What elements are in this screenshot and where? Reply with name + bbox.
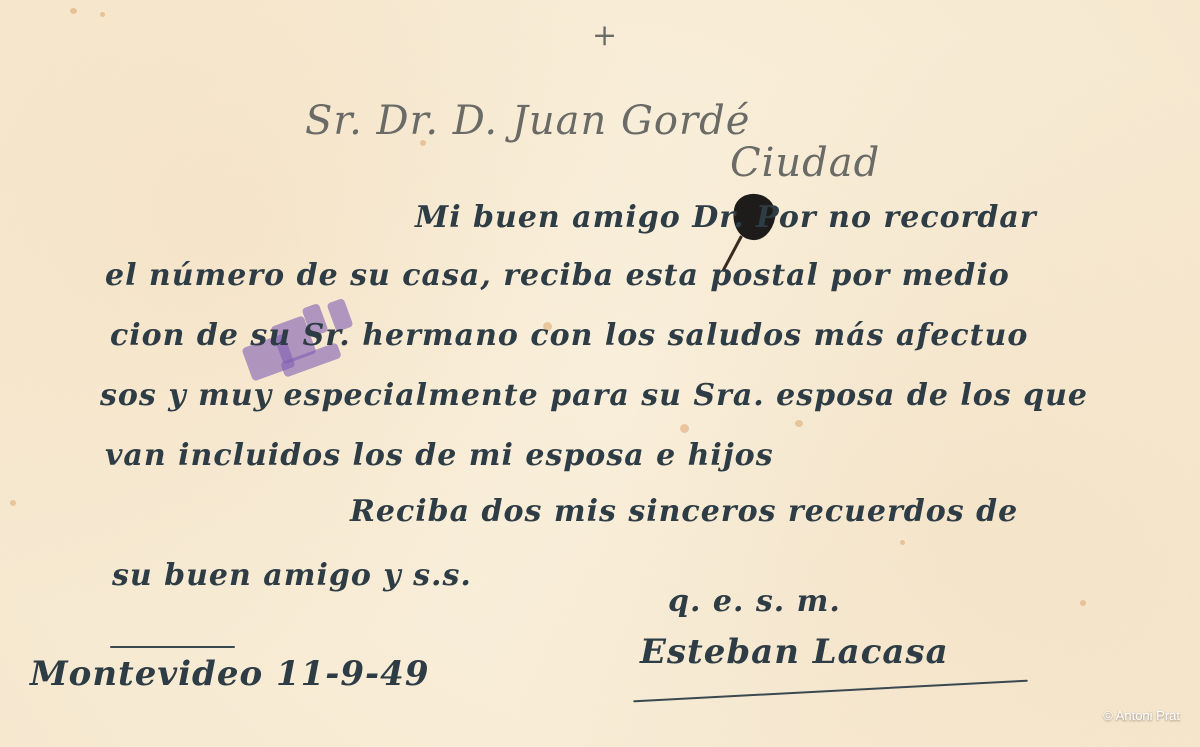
foxing-spot xyxy=(795,420,803,427)
addressee-city: Ciudad xyxy=(730,140,880,186)
foxing-spot xyxy=(10,500,16,506)
salutation-abbrev: q. e. s. m. xyxy=(668,584,841,619)
body-line-1: Mi buen amigo Dr. Por no recordar xyxy=(415,200,1037,235)
foxing-spot xyxy=(900,540,905,545)
addressee-line: Sr. Dr. D. Juan Gordé xyxy=(305,98,750,144)
body-line-3: cion de su Sr. hermano con los saludos m… xyxy=(110,318,1028,353)
closing-line-1: Reciba dos mis sinceros recuerdos de xyxy=(350,494,1018,529)
body-line-4: sos y muy especialmente para su Sra. esp… xyxy=(100,378,1088,413)
foxing-spot xyxy=(680,424,689,433)
cross-mark: + xyxy=(592,18,618,53)
body-line-2: el número de su casa, reciba esta postal… xyxy=(105,258,1010,293)
place-date: Montevideo 11-9-49 xyxy=(30,654,429,694)
signature: Esteban Lacasa xyxy=(640,632,949,672)
copyright-watermark: © Antoni Prat xyxy=(1103,708,1180,723)
postcard: + Sr. Dr. D. Juan Gordé Ciudad Mi buen a… xyxy=(0,0,1200,747)
body-line-5: van incluidos los de mi esposa e hijos xyxy=(105,438,774,473)
foxing-spot xyxy=(1080,600,1086,606)
closing-line-2: su buen amigo y s.s. xyxy=(112,558,472,593)
foxing-spot xyxy=(70,8,77,14)
signature-flourish xyxy=(633,680,1028,703)
place-overline xyxy=(110,646,235,648)
foxing-spot xyxy=(100,12,105,17)
